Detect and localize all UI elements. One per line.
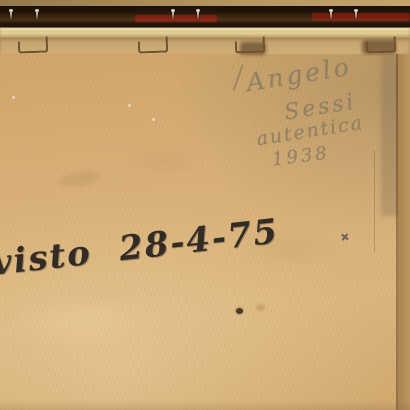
staple-icon [235,40,265,53]
right-paper-fold [398,54,410,410]
frame-dark-band [0,6,410,27]
small-scratch-mark [341,233,349,241]
nail-icon [172,10,174,19]
nail-icon [355,10,357,19]
faint-spot [256,304,265,311]
bottom-shading [0,400,410,410]
nail-icon [330,10,332,19]
paper-speck [128,104,131,107]
painting-verso-photo: Angelo Sessi autentica 1938 visto 28-4-7… [0,0,410,410]
staple-icon [138,40,168,53]
nail-icon [10,10,12,19]
staple-icon [18,40,48,53]
nail-icon [197,10,199,19]
right-crease-line [396,54,398,410]
frame-wear-streak [0,19,410,21]
dark-spot [236,308,243,314]
paper-speck [12,96,15,99]
paper-speck [152,118,155,121]
faint-pencil-line [374,150,375,252]
staple-icon [366,40,396,53]
nail-icon [36,10,38,19]
